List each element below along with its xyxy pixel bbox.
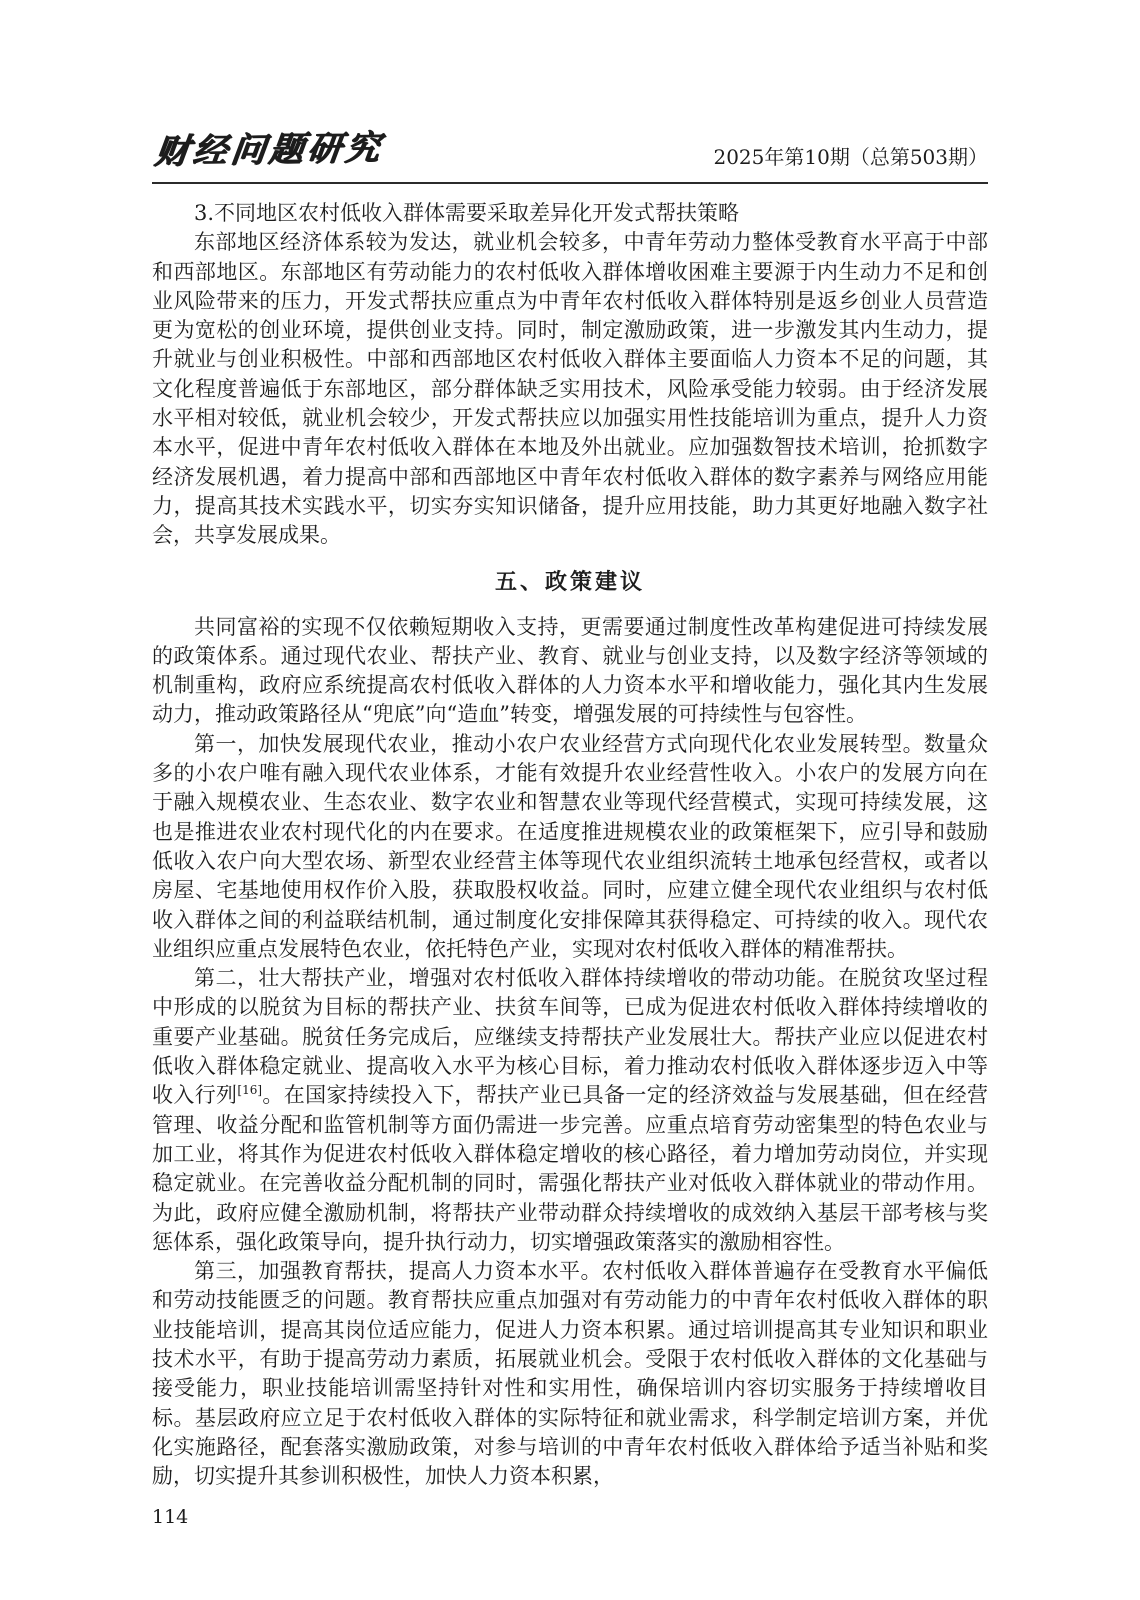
subsection-heading: 3.不同地区农村低收入群体需要采取差异化开发式帮扶策略: [152, 199, 988, 228]
page-footer: 114: [152, 1506, 988, 1528]
paragraph-intro: 共同富裕的实现不仅依赖短期收入支持，更需要通过制度性改革构建促进可持续发展的政策…: [152, 613, 988, 730]
journal-page: 财经问题研究 2025年第10期（总第503期） 3.不同地区农村低收入群体需要…: [0, 0, 1140, 1600]
issue-info: 2025年第10期（总第503期）: [713, 141, 988, 173]
paragraph-second-recommendation: 第二，壮大帮扶产业，增强对农村低收入群体持续增收的带动功能。在脱贫攻坚过程中形成…: [152, 964, 988, 1257]
paragraph-regional-strategy: 东部地区经济体系较为发达，就业机会较多，中青年劳动力整体受教育水平高于中部和西部…: [152, 228, 988, 550]
journal-logo: 财经问题研究: [152, 120, 387, 173]
section-heading-policy-recommendations: 五、政策建议: [152, 568, 988, 598]
article-body: 3.不同地区农村低收入群体需要采取差异化开发式帮扶策略 东部地区经济体系较为发达…: [152, 199, 988, 1491]
page-header: 财经问题研究 2025年第10期（总第503期）: [152, 124, 988, 184]
page-number: 114: [152, 1506, 988, 1528]
paragraph-second-text-post: 。在国家持续投入下，帮扶产业已具备一定的经济效益与发展基础，但在经营管理、收益分…: [152, 1083, 988, 1253]
paragraph-third-recommendation: 第三，加强教育帮扶，提高人力资本水平。农村低收入群体普遍存在受教育水平偏低和劳动…: [152, 1257, 988, 1491]
paragraph-first-recommendation: 第一，加快发展现代农业，推动小农户农业经营方式向现代化农业发展转型。数量众多的小…: [152, 730, 988, 964]
citation-reference-16: [16]: [237, 1083, 262, 1097]
